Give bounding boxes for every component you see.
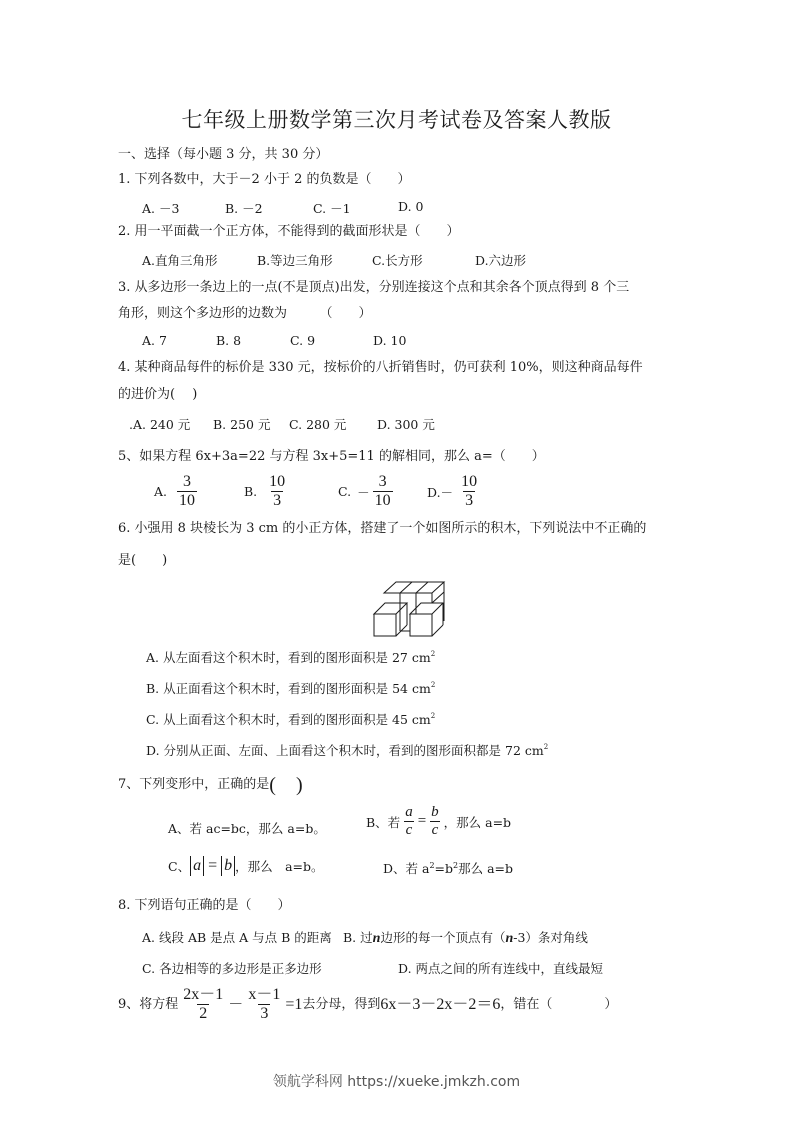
q4-option-b: B. 250 元 [213,415,270,433]
q4-option-a: .A. 240 元 [129,415,190,433]
q9-result-equation: 6x－3－2x－2＝6 [380,997,500,1013]
question-6-stem-line2: 是( ) [118,553,167,569]
q5-option-c-label: C. [338,484,351,499]
question-3-stem-line2: 角形，则这个多边形的边数为 （ ） [118,306,372,322]
answer-blank: ( ) [269,777,302,793]
q2-option-b: B.等边三角形 [257,251,333,269]
q2-option-c: C.长方形 [372,251,423,269]
q3-option-d: D. 10 [373,333,406,348]
q9-fraction-1: 2x－1 2 [181,986,225,1023]
q5-option-c-fraction: 3 10 [373,473,393,510]
q7-b-fraction-1: a c [403,804,415,839]
question-5-stem: 5、如果方程 6x+3a=22 与方程 3x+5=11 的解相同，那么 a=（ … [118,449,545,465]
question-8-stem: 8. 下列语句正确的是（ ） [118,898,291,914]
q7-option-a: A、若 ac=bc，那么 a=b。 [168,819,326,837]
q7-option-d: D、若 a2=b2那么 a=b [383,859,513,877]
q1-option-d: D. 0 [398,199,423,214]
q3-option-a: A. 7 [142,333,167,348]
question-4-stem-line1: 4. 某种商品每件的标价是 330 元，按标价的八折销售时，仍可获利 10%，则… [118,360,643,376]
q7-option-b: B、若 a c = b c ，那么 a=b [366,804,511,839]
page-title: 七年级上册数学第三次月考试卷及答案人教版 [0,104,793,134]
q5-option-d-fraction: 10 3 [459,473,479,510]
q5-option-b-fraction: 10 3 [267,473,287,510]
q6-option-b: B. 从正面看这个积木时，看到的图形面积是 54 cm2 [146,679,435,697]
q5-option-a: A. 3 10 [154,473,200,510]
q1-option-c: C. －1 [313,199,351,217]
question-4-stem-line2: 的进价为( ) [118,387,197,403]
question-7-stem: 7、下列变形中，正确的是 ( ) [118,777,303,793]
q5-option-d-label: D.－ [427,483,453,501]
q3-option-c: C. 9 [290,333,315,348]
q1-option-b: B. －2 [225,199,263,217]
q8-option-b: B. 过n边形的每一个顶点有（n-3）条对角线 [343,928,588,947]
q5-option-c: C. － 3 10 [338,473,396,510]
q5-option-a-fraction: 3 10 [177,473,197,510]
footer-watermark: 领航学科网 https://xueke.jmkzh.com [0,1071,793,1091]
q6-option-d: D. 分别从正面、左面、上面看这个积木时，看到的图形面积都是 72 cm2 [146,741,548,759]
q5-option-c-sign: － [357,483,370,501]
q5-option-b: B. 10 3 [244,473,290,510]
q4-option-d: D. 300 元 [377,415,435,433]
q8-option-d: D. 两点之间的所有连线中，直线最短 [398,959,603,977]
question-1-stem: 1. 下列各数中，大于－2 小于 2 的负数是（ ） [118,172,410,188]
q1-option-a: A. －3 [142,199,179,217]
q2-option-a: A.直角三角形 [142,251,218,269]
q2-option-d: D.六边形 [475,251,526,269]
q8-option-a: A. 线段 AB 是点 A 与点 B 的距离 [142,928,332,946]
q9-fraction-2: x－1 3 [246,986,282,1023]
q5-option-b-label: B. [244,484,257,499]
question-9-stem: 9、将方程 2x－1 2 － x－1 3 =1 去分母，得到 6x－3－2x－2… [118,986,617,1023]
q7-b-fraction-2: b c [429,804,441,839]
section-heading: 一、选择（每小题 3 分，共 30 分） [118,147,328,163]
q5-option-d: D.－ 10 3 [427,473,482,510]
cube-stack-figure [370,578,460,638]
q5-option-a-label: A. [154,484,167,499]
q4-option-c: C. 280 元 [289,415,346,433]
question-6-stem-line1: 6. 小强用 8 块棱长为 3 cm 的小正方体，搭建了一个如图所示的积木，下列… [118,521,646,537]
q3-option-b: B. 8 [216,333,241,348]
question-2-stem: 2. 用一平面截一个正方体，不能得到的截面形状是（ ） [118,224,460,240]
abs-a: a [190,856,204,876]
q7-option-c: C、 a = b ，那么 a=b。 [168,856,324,876]
q6-option-c: C. 从上面看这个积木时，看到的图形面积是 45 cm2 [146,710,435,728]
question-3-stem-line1: 3. 从多边形一条边上的一点(不是顶点)出发，分别连接这个点和其余各个顶点得到 … [118,280,629,296]
abs-b: b [221,856,235,876]
q8-option-c: C. 各边相等的多边形是正多边形 [142,959,322,977]
q6-option-a: A. 从左面看这个积木时，看到的图形面积是 27 cm2 [146,648,435,666]
